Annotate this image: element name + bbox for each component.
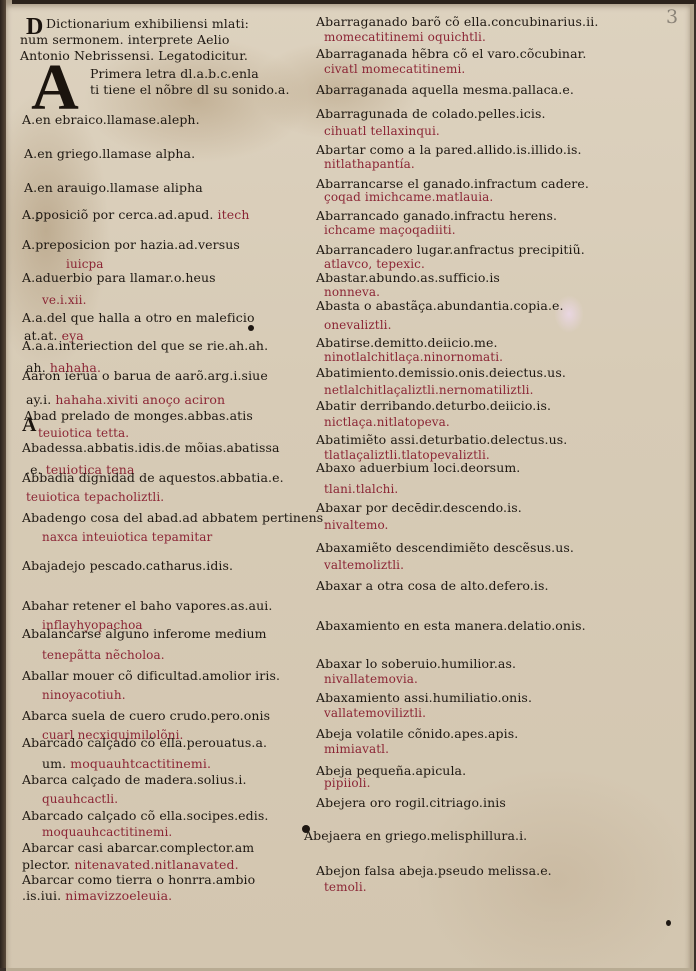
incipit-line: num sermonem. interprete Aelio	[20, 32, 230, 47]
entry-text: civatl momecatitinemi.	[324, 62, 465, 76]
incipit-line: Dictionarium exhibiliensi mlati:	[46, 16, 249, 31]
entry-text: moquauhcactitinemi.	[42, 825, 172, 839]
dictionary-entry: Abarcar como tierra o honrra.ambio	[22, 872, 255, 887]
entry-text: Abadengo cosa del abad.ad abbatem pertin…	[22, 510, 323, 525]
entry-text: nivallatemovia.	[324, 672, 418, 686]
entry-text: Abaxo aduerbium loci.deorsum.	[316, 460, 520, 475]
entry-text: Aballar mouer cõ dificultad.amolior iris…	[22, 668, 280, 683]
nahuatl-gloss-inline: moquauhtcactitinemi.	[66, 756, 211, 771]
entry-text: Abaxar lo soberuio.humilior.as.	[316, 656, 516, 671]
entry-text: nitlathapantía.	[324, 157, 415, 171]
incipit-line: ti tiene el nõbre dl su sonido.a.	[90, 82, 290, 97]
nahuatl-gloss: iuicpa	[66, 257, 104, 271]
dictionary-entry: Aballar mouer cõ dificultad.amolior iris…	[22, 668, 280, 683]
entry-text: Abejaera en griego.melisphillura.i.	[304, 828, 527, 843]
entry-text: valtemoliztli.	[324, 558, 404, 572]
dictionary-entry: Abarraganada hẽbra cõ el varo.cõcubinar.	[316, 46, 586, 61]
dictionary-entry: Abeja volatile cõnido.apes.apis.	[316, 726, 518, 741]
entry-text: Abatimiento.demissio.onis.deiectus.us.	[316, 365, 566, 380]
entry-text: Abaxamiento assi.humiliatio.onis.	[316, 690, 532, 705]
entry-text: Abarcado calçado cõ ella.perouatus.a.	[22, 735, 267, 750]
dictionary-entry: .is.iui. nimavizzoeleuia.	[22, 888, 172, 903]
dictionary-entry: Abadessa.abbatis.idis.de mõias.abatissa	[22, 440, 280, 455]
dictionary-entry: Abarcado calçado cõ ella.socipes.edis.	[22, 808, 268, 823]
entry-text: Abatirse.demitto.deiicio.me.	[316, 335, 498, 350]
entry-text: ichcame maçoqadiiti.	[324, 223, 456, 237]
dictionary-entry: A.en griego.llamase alpha.	[24, 146, 195, 161]
nahuatl-gloss: vallatemoviliztli.	[324, 706, 426, 720]
dictionary-entry: Abarraganada aquella mesma.pallaca.e.	[316, 82, 574, 97]
entry-text: Abadessa.abbatis.idis.de mõias.abatissa	[22, 440, 280, 455]
nahuatl-gloss: ichcame maçoqadiiti.	[324, 223, 456, 237]
entry-text: Abartar como a la pared.allido.is.illido…	[316, 142, 582, 157]
entry-text: Abeja volatile cõnido.apes.apis.	[316, 726, 518, 741]
nahuatl-gloss: momecatitinemi oquichtli.	[324, 30, 486, 44]
dictionary-entry: Abatirse.demitto.deiicio.me.	[316, 335, 498, 350]
nahuatl-gloss: nonneva.	[324, 285, 380, 299]
entry-text: pipiioli.	[324, 776, 371, 790]
nahuatl-gloss: civatl momecatitinemi.	[324, 62, 465, 76]
dictionary-entry: Abejon falsa abeja.pseudo melissa.e.	[316, 863, 552, 878]
entry-text: A.preposicion por hazia.ad.versus	[22, 237, 240, 252]
dictionary-entry: Abajadejo pescado.catharus.idis.	[22, 558, 233, 573]
dictionary-entry: Abarca calçado de madera.solius.i.	[22, 772, 247, 787]
top-edge	[12, 0, 696, 4]
entry-text: A.en ebraico.llamase.aleph.	[22, 112, 200, 127]
nahuatl-gloss: tenepãtta nẽcholoa.	[42, 648, 165, 662]
entry-text: teuiotica tetta.	[38, 426, 129, 440]
nahuatl-gloss: nictlaça.nitlatopeva.	[324, 415, 450, 429]
entry-text: Abarcar como tierra o honrra.ambio	[22, 872, 255, 887]
dictionary-entry: Abatir derribando.deturbo.deiicio.is.	[316, 398, 551, 413]
dictionary-entry: Abad prelado de monges.abbas.atis	[24, 408, 253, 423]
dictionary-entry: Abaxar por decēdir.descendo.is.	[316, 500, 522, 515]
dictionary-entry: Abaxamiento assi.humiliatio.onis.	[316, 690, 532, 705]
entry-text: A.en griego.llamase alpha.	[24, 146, 195, 161]
entry-text: momecatitinemi oquichtli.	[324, 30, 486, 44]
dictionary-entry: Abartar como a la pared.allido.is.illido…	[316, 142, 582, 157]
entry-text: nivaltemo.	[324, 518, 388, 532]
dictionary-entry: Abatimiento.demissio.onis.deiectus.us.	[316, 365, 566, 380]
dictionary-entry: Abejera oro rogil.citriago.inis	[316, 795, 506, 810]
dictionary-entry: Aaron ierua o barua de aarõ.arg.i.siue	[22, 368, 268, 383]
dictionary-entry: Abarragunada de colado.pelles.icis.	[316, 106, 546, 121]
entry-text: Abarca suela de cuero crudo.pero.onis	[22, 708, 270, 723]
dictionary-entry: A.a.a.interiection del que se rie.ah.ah.	[22, 338, 268, 353]
entry-text: quauhcactli.	[42, 792, 118, 806]
dictionary-entry: Abejaera en griego.melisphillura.i.	[304, 828, 527, 843]
nahuatl-gloss: valtemoliztli.	[324, 558, 404, 572]
dictionary-entry: Abarcado calçado cõ ella.perouatus.a.	[22, 735, 267, 750]
dictionary-entry: Abahar retener el baho vapores.as.aui.	[22, 598, 272, 613]
dictionary-entry: Abaxamiento en esta manera.delatio.onis.	[316, 618, 586, 633]
nahuatl-gloss: mimiavatl.	[324, 742, 389, 756]
dictionary-entry: Abatimiẽto assi.deturbatio.delectus.us.	[316, 432, 567, 447]
nahuatl-gloss: quauhcactli.	[42, 792, 118, 806]
entry-text: naxca inteuiotica tepamitar	[42, 530, 212, 544]
dictionary-entry: A.en ebraico.llamase.aleph.	[22, 112, 200, 127]
entry-text: Abalancarse alguno inferome medium	[22, 626, 267, 641]
entry-text: Abarcar casi abarcar.complector.am	[22, 840, 254, 855]
dictionary-entry: Abaxar a otra cosa de alto.defero.is.	[316, 578, 549, 593]
nahuatl-gloss: temoli.	[324, 880, 367, 894]
dictionary-entry: A.preposicion por hazia.ad.versus	[22, 237, 240, 252]
entry-text: Abarca calçado de madera.solius.i.	[22, 772, 247, 787]
entry-text: Abejera oro rogil.citriago.inis	[316, 795, 506, 810]
dictionary-entry: um. moquauhtcactitinemi.	[42, 756, 211, 771]
entry-text: Abarrancado ganado.infractu herens.	[316, 208, 557, 223]
dictionary-entry: Abarrancadero lugar.anfractus precipitiũ…	[316, 242, 585, 257]
entry-text: um.	[42, 756, 66, 771]
nahuatl-gloss-inline: nitenavated.nitlanavated.	[70, 857, 238, 872]
nahuatl-gloss: nivallatemovia.	[324, 672, 418, 686]
entry-text: A.a.a.interiection del que se rie.ah.ah.	[22, 338, 268, 353]
illuminated-initial-a: A	[28, 58, 82, 118]
nahuatl-gloss: teuiotica tepacholiztli.	[26, 490, 164, 504]
entry-text: Abarrancarse el ganado.infractum cadere.	[316, 176, 589, 191]
entry-text: A.aduerbio para llamar.o.heus	[22, 270, 216, 285]
folio-number: 3	[666, 6, 678, 28]
dictionary-entry: A.en arauigo.llamase alipha	[24, 180, 203, 195]
nahuatl-gloss: ve.i.xii.	[42, 293, 87, 307]
entry-text: Abarrancadero lugar.anfractus precipitiũ…	[316, 242, 585, 257]
entry-text: nonneva.	[324, 285, 380, 299]
entry-text: Abaxar por decēdir.descendo.is.	[316, 500, 522, 515]
dictionary-entry: Abasta o abastãça.abundantia.copia.e.	[316, 298, 564, 313]
dictionary-entry: ay.i. hahaha.xiviti anoço aciron	[26, 392, 225, 407]
dictionary-entry: Abadengo cosa del abad.ad abbatem pertin…	[22, 510, 323, 525]
nahuatl-gloss: teuiotica tetta.	[38, 426, 129, 440]
entry-text: Abastar.abundo.as.sufficio.is	[316, 270, 500, 285]
dictionary-entry: Abarca suela de cuero crudo.pero.onis	[22, 708, 270, 723]
entry-text: Aaron ierua o barua de aarõ.arg.i.siue	[22, 368, 268, 383]
entry-text: teuiotica tepacholiztli.	[26, 490, 164, 504]
entry-text: onevaliztli.	[324, 318, 392, 332]
entry-text: Abarcado calçado cõ ella.socipes.edis.	[22, 808, 268, 823]
nahuatl-gloss: moquauhcactitinemi.	[42, 825, 172, 839]
entry-text: Abbadia dignidad de aquestos.abbatia.e.	[22, 470, 284, 485]
entry-text: iuicpa	[66, 257, 104, 271]
nahuatl-gloss: çoqad imichcame.matlauia.	[324, 190, 493, 204]
entry-text: ninotlalchitlaça.ninornomati.	[324, 350, 503, 364]
dictionary-entry: A.aduerbio para llamar.o.heus	[22, 270, 216, 285]
nahuatl-gloss: ninoyacotiuh.	[42, 688, 126, 702]
entry-text: netlalchitlaçaliztli.nernomatiliztli.	[324, 383, 534, 397]
entry-text: Abarraganada aquella mesma.pallaca.e.	[316, 82, 574, 97]
nahuatl-gloss-inline: nimavizzoeleuia.	[61, 888, 172, 903]
nahuatl-gloss: onevaliztli.	[324, 318, 392, 332]
nahuatl-gloss: nitlathapantía.	[324, 157, 415, 171]
entry-text: A.en arauigo.llamase alipha	[24, 180, 203, 195]
entry-text: vallatemoviliztli.	[324, 706, 426, 720]
dictionary-entry: Abaxamiẽto descendimiẽto descẽsus.us.	[316, 540, 574, 555]
entry-text: Abahar retener el baho vapores.as.aui.	[22, 598, 272, 613]
nahuatl-gloss: pipiioli.	[324, 776, 371, 790]
entry-text: plector.	[22, 857, 70, 872]
dictionary-entry: Abbadia dignidad de aquestos.abbatia.e.	[22, 470, 284, 485]
dictionary-entry: plector. nitenavated.nitlanavated.	[22, 857, 239, 872]
entry-text: ve.i.xii.	[42, 293, 87, 307]
nahuatl-gloss: nivaltemo.	[324, 518, 388, 532]
entry-text: çoqad imichcame.matlauia.	[324, 190, 493, 204]
entry-text: A.a.del que halla a otro en maleficio	[22, 310, 255, 325]
entry-text: Abatimiẽto assi.deturbatio.delectus.us.	[316, 432, 567, 447]
dictionary-entry: Abarraganado barõ cõ ella.concubinarius.…	[316, 14, 598, 29]
dictionary-entry: A.ꝑposiciõ por cerca.ad.apud. itech	[22, 207, 250, 222]
dictionary-entry: Abastar.abundo.as.sufficio.is	[316, 270, 500, 285]
entry-text: mimiavatl.	[324, 742, 389, 756]
dictionary-entry: A.a.del que halla a otro en maleficio	[22, 310, 255, 325]
dictionary-entry: Abaxo aduerbium loci.deorsum.	[316, 460, 520, 475]
dictionary-entry: Abarrancarse el ganado.infractum cadere.	[316, 176, 589, 191]
entry-text: Abaxar a otra cosa de alto.defero.is.	[316, 578, 549, 593]
nahuatl-gloss: netlalchitlaçaliztli.nernomatiliztli.	[324, 383, 534, 397]
incipit-line: Antonio Nebrissensi. Legatodicitur.	[20, 48, 248, 63]
nahuatl-gloss: tlani.tlalchi.	[324, 482, 398, 496]
entry-text: nictlaça.nitlatopeva.	[324, 415, 450, 429]
dictionary-entry: Abaxar lo soberuio.humilior.as.	[316, 656, 516, 671]
entry-text: Abaxamiẽto descendimiẽto descẽsus.us.	[316, 540, 574, 555]
entry-text: .is.iui.	[22, 888, 61, 903]
entry-text: atlavco, tepexic.	[324, 257, 425, 271]
dictionary-entry: Abarrancado ganado.infractu herens.	[316, 208, 557, 223]
entry-text: tenepãtta nẽcholoa.	[42, 648, 165, 662]
entry-text: temoli.	[324, 880, 367, 894]
entry-text: ninoyacotiuh.	[42, 688, 126, 702]
entry-text: tlani.tlalchi.	[324, 482, 398, 496]
nahuatl-gloss: naxca inteuiotica tepamitar	[42, 530, 212, 544]
entry-text: Abarragunada de colado.pelles.icis.	[316, 106, 546, 121]
entry-text: Abasta o abastãça.abundantia.copia.e.	[316, 298, 564, 313]
entry-text: Abaxamiento en esta manera.delatio.onis.	[316, 618, 586, 633]
entry-text: A.ꝑposiciõ por cerca.ad.apud.	[22, 207, 213, 222]
entry-text: cihuatl tellaxinqui.	[324, 124, 440, 138]
entry-text: Abejon falsa abeja.pseudo melissa.e.	[316, 863, 552, 878]
nahuatl-gloss: ninotlalchitlaça.ninornomati.	[324, 350, 503, 364]
manuscript-page: 3 D A A Dictionarium exhibiliensi mlati:…	[6, 0, 694, 968]
entry-text: Abatir derribando.deturbo.deiicio.is.	[316, 398, 551, 413]
entry-text: ay.i.	[26, 392, 51, 407]
nahuatl-gloss: cihuatl tellaxinqui.	[324, 124, 440, 138]
entry-text: Abarraganada hẽbra cõ el varo.cõcubinar.	[316, 46, 586, 61]
nahuatl-gloss: atlavco, tepexic.	[324, 257, 425, 271]
nahuatl-gloss-inline: hahaha.xiviti anoço aciron	[51, 392, 225, 407]
entry-text: Abad prelado de monges.abbas.atis	[24, 408, 253, 423]
dictionary-entry: Abarcar casi abarcar.complector.am	[22, 840, 254, 855]
nahuatl-gloss-inline: itech	[213, 207, 249, 222]
incipit-line: Primera letra dl.a.b.c.enla	[90, 66, 259, 81]
ink-blot	[666, 920, 671, 926]
dictionary-entry: Abalancarse alguno inferome medium	[22, 626, 267, 641]
ink-blot	[248, 325, 254, 331]
entry-text: Abajadejo pescado.catharus.idis.	[22, 558, 233, 573]
entry-text: Abarraganado barõ cõ ella.concubinarius.…	[316, 14, 598, 29]
